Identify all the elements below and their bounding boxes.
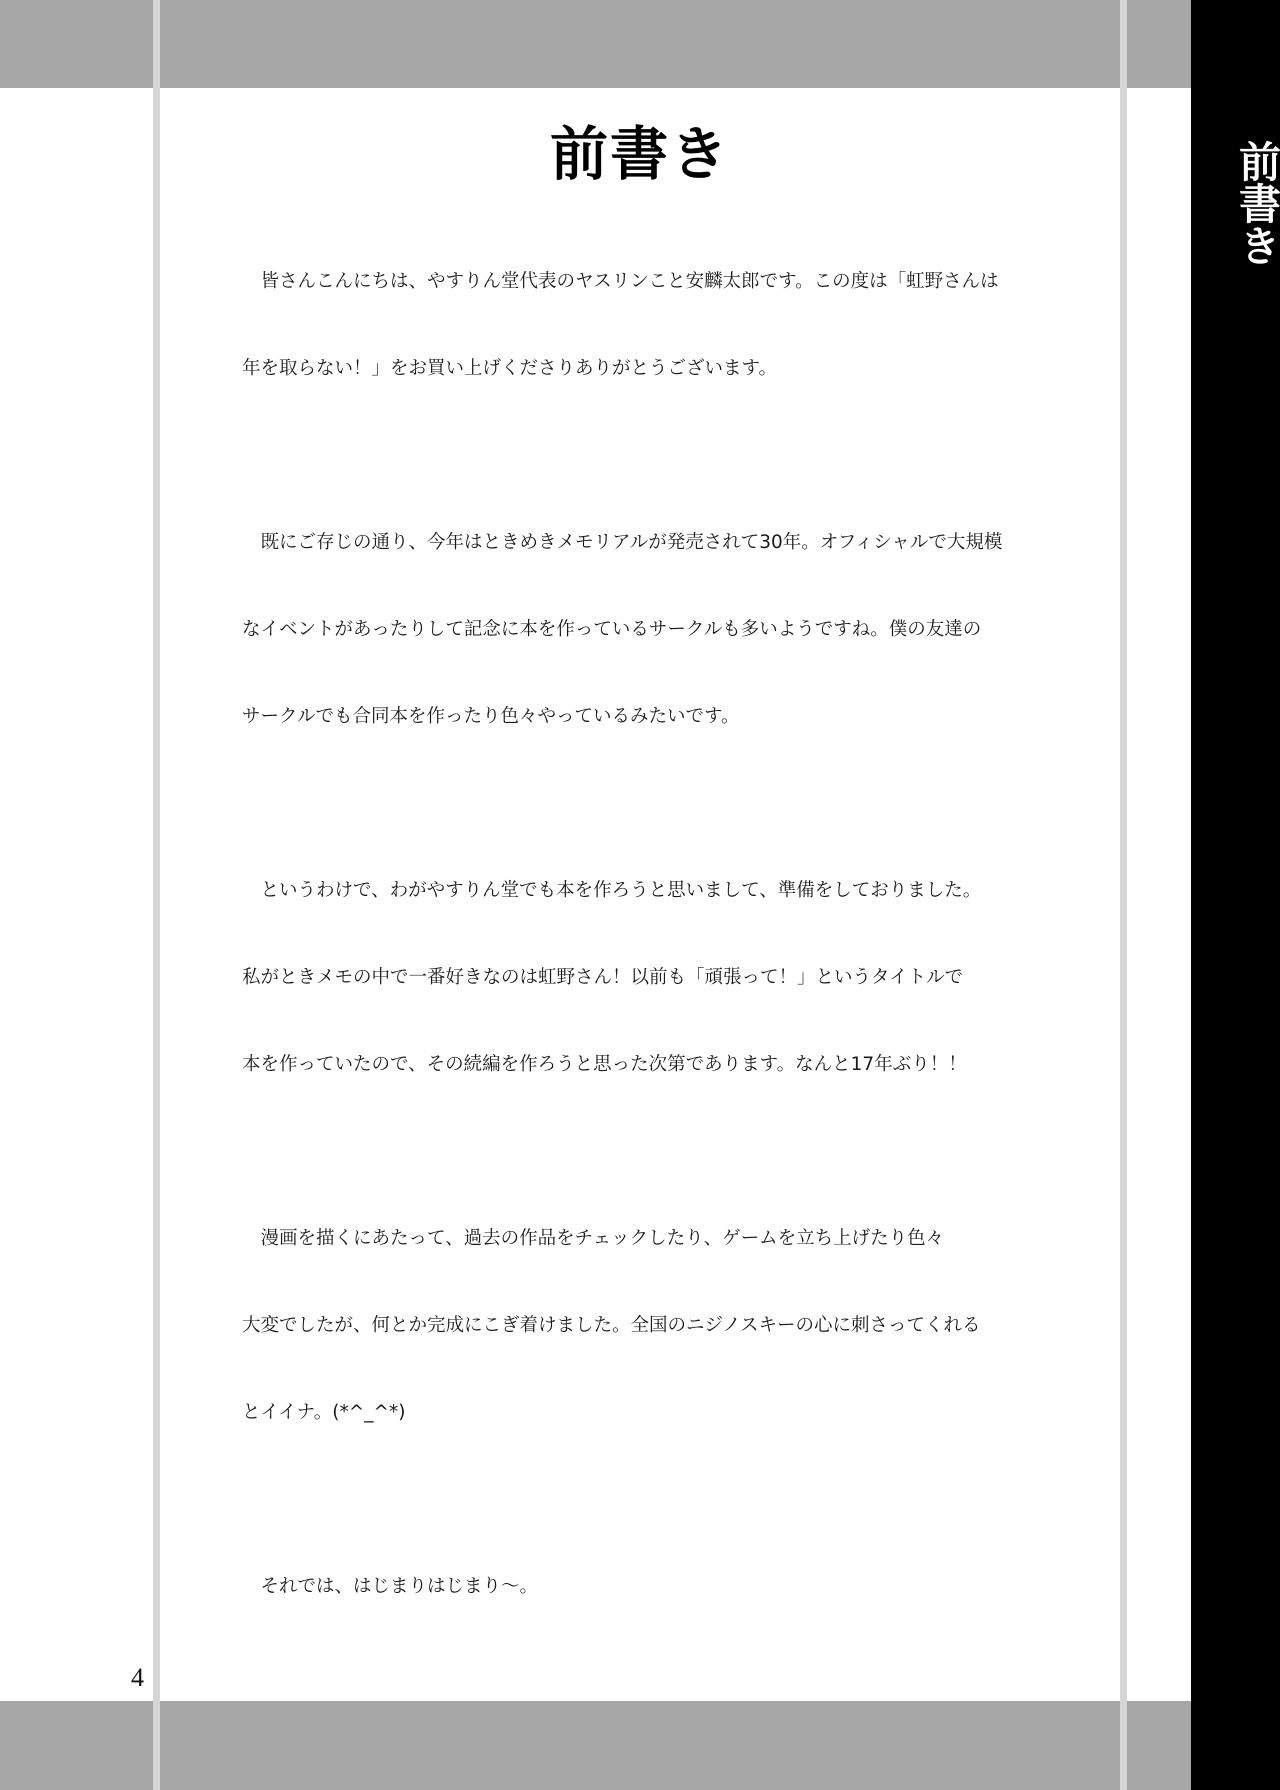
text-line: 年を取らない！」をお買い上げくださりありがとうございます。 — [242, 354, 1042, 383]
text-line: サークルでも合同本を作ったり色々やっているみたいです。 — [242, 702, 1042, 731]
bottom-margin-band — [0, 1701, 1191, 1790]
text-line: とイイナ。(*^_^*) — [242, 1398, 1042, 1427]
text-line: それでは、はじまりはじまり～。 — [242, 1572, 1042, 1601]
side-tab-text: 前書き — [1191, 140, 1280, 266]
paragraph-2: 既にご存じの通り、今年はときめきメモリアルが発売されて30年。オフィシャルで大規… — [242, 470, 1042, 789]
top-margin-band — [0, 0, 1191, 88]
text-line: というわけで、わがやすりん堂でも本を作ろうと思いまして、準備をしておりました。 — [242, 876, 1042, 905]
text-line: 大変でしたが、何とか完成にこぎ着けました。全国のニジノスキーの心に刺さってくれる — [242, 1311, 1042, 1340]
paragraph-1: 皆さんこんにちは、やすりん堂代表のヤスリンこと安麟太郎です。この度は「虹野さんは… — [242, 209, 1042, 441]
page-number: 4 — [120, 1663, 144, 1693]
page-title: 前書き — [160, 118, 1120, 190]
foreword-body: 皆さんこんにちは、やすりん堂代表のヤスリンこと安麟太郎です。この度は「虹野さんは… — [242, 209, 1042, 1688]
text-line: 私がときメモの中で一番好きなのは虹野さん！以前も「頑張って！」というタイトルで — [242, 963, 1042, 992]
text-line: 本を作っていたので、その続編を作ろうと思った次第であります。なんと17年ぶり！！ — [242, 1050, 1042, 1079]
side-tab-label: 前書き — [1191, 140, 1280, 266]
paragraph-4: 漫画を描くにあたって、過去の作品をチェックしたり、ゲームを立ち上げたり色々 大変… — [242, 1166, 1042, 1485]
text-line: 皆さんこんにちは、やすりん堂代表のヤスリンこと安麟太郎です。この度は「虹野さんは — [242, 267, 1042, 296]
paragraph-3: というわけで、わがやすりん堂でも本を作ろうと思いまして、準備をしておりました。 … — [242, 818, 1042, 1137]
paragraph-5: それでは、はじまりはじまり～。 — [242, 1514, 1042, 1659]
text-line: なイベントがあったりして記念に本を作っているサークルも多いようですね。僕の友達の — [242, 615, 1042, 644]
left-gutter-rule — [153, 0, 160, 1790]
chapter-side-tab: 前書き — [1191, 0, 1280, 1790]
right-gutter-rule — [1120, 0, 1127, 1790]
text-line: 既にご存じの通り、今年はときめきメモリアルが発売されて30年。オフィシャルで大規… — [242, 528, 1042, 557]
text-line: 漫画を描くにあたって、過去の作品をチェックしたり、ゲームを立ち上げたり色々 — [242, 1224, 1042, 1253]
